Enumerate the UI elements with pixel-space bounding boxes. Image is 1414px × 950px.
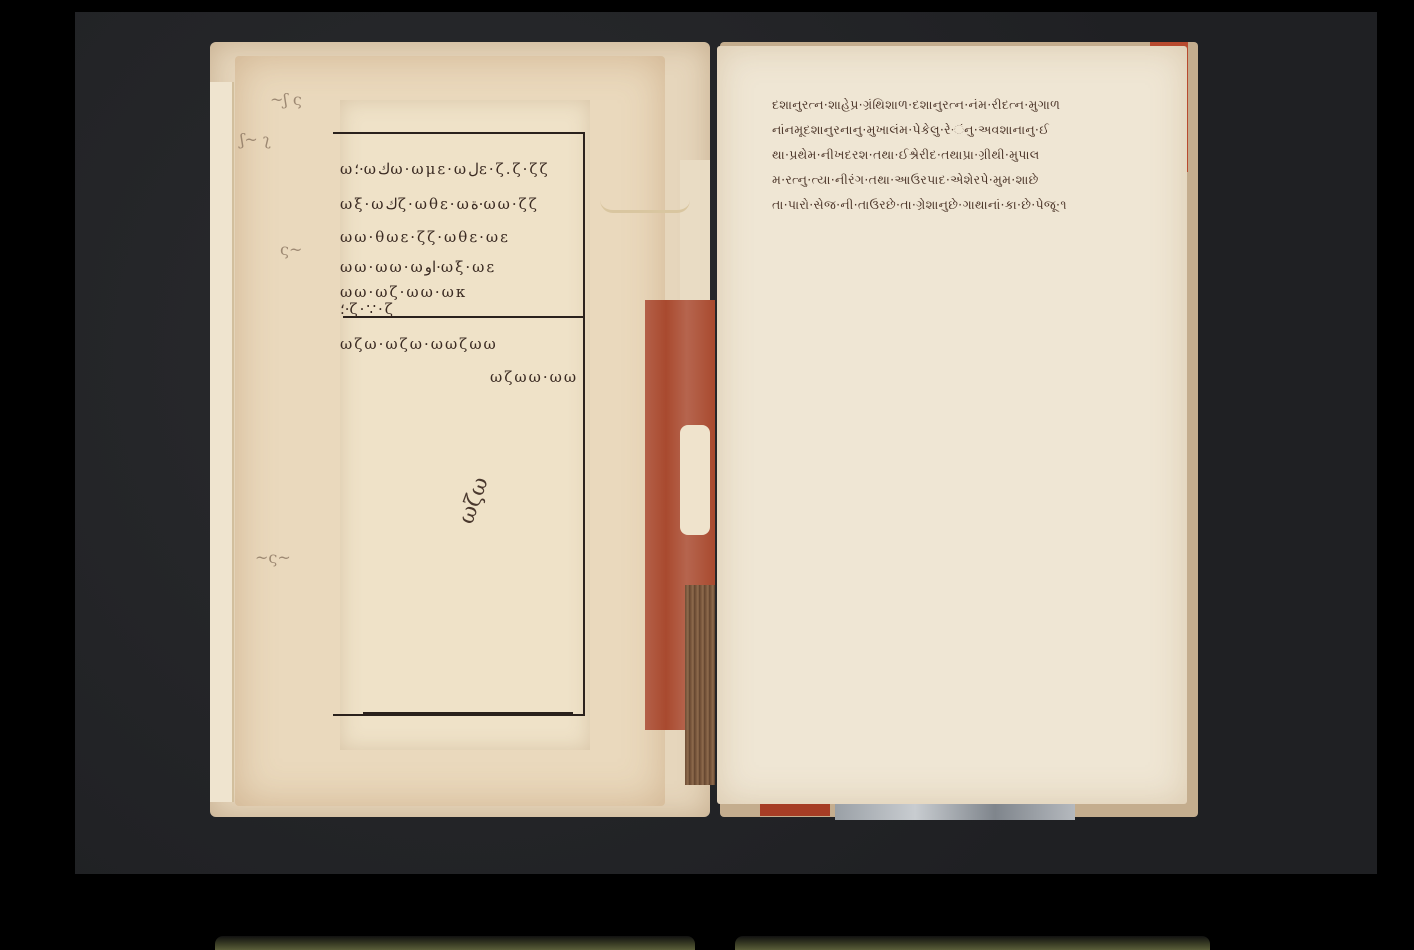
gujarati-text-block: દશાનુરત્ન·શાહેપ્ર·ગ્રંથિશાળ·દશાનુરત્ન·નં… (772, 92, 1182, 217)
marginal-scribble: ʃ~ ʅ (240, 130, 271, 149)
text-line: થા·પ્રથેમ·નીખદરશ·તથા·ઈશ્રેરીદ·તથાપ્રા·ગ્… (772, 142, 1182, 167)
marginal-scribble: ~ʃ ς (270, 90, 302, 109)
binding-tear (680, 425, 710, 535)
left-line: ωω·ωζ·ωω·ωκ (340, 283, 580, 301)
left-line: ω؛·ωكω·ωμε·ωلε·ζ.ζ·ζζ (340, 160, 580, 178)
text-line: દશાનુરત્ન·શાહેપ્ર·ગ્રંથિશાળ·દશાનુરત્ન·નં… (772, 92, 1182, 117)
ruled-bottom (363, 712, 573, 714)
spine (640, 160, 720, 800)
left-line: ωω·θωε·ζζ·ωθε·ωε (340, 228, 580, 246)
left-line: ωζω·ωζω·ωωζωω (340, 335, 580, 353)
left-line: ωξ·ωكζ·ωθε·ωﺓ·ωω·ζζ (340, 195, 580, 213)
text-line: મ·રત્નુ·ત્યા·નીરંગ·તથા·આઉરપાદ·એશેરપે·મુમ… (772, 167, 1182, 192)
marginal-scribble: ~ς~ (255, 548, 291, 567)
ruled-box (333, 132, 585, 716)
left-line: ؛·ζ·∵·ζ (340, 300, 580, 318)
marginal-scribble: ς~ (280, 240, 302, 259)
binding-thread (600, 200, 690, 213)
text-line: નાંનમૂદશાનુરનાનુ·મુખાલંમ·પેકેલુ·રે·ંનુ·અ… (772, 117, 1182, 142)
binding-tear (680, 160, 710, 300)
film-edge-right (735, 936, 1210, 950)
text-line: તા·પારો·સેજ·ની·તાઉરછે·તા·ગ્રેશાનુછે·ગાથા… (772, 192, 1182, 217)
page-leaves (685, 585, 715, 785)
left-line: ωζωω·ωω (490, 368, 590, 386)
left-line: ωω·ωω·ωﺍﻭ·ωξ·ωε (340, 258, 580, 276)
page-edges (210, 82, 234, 802)
film-edge-left (215, 936, 695, 950)
